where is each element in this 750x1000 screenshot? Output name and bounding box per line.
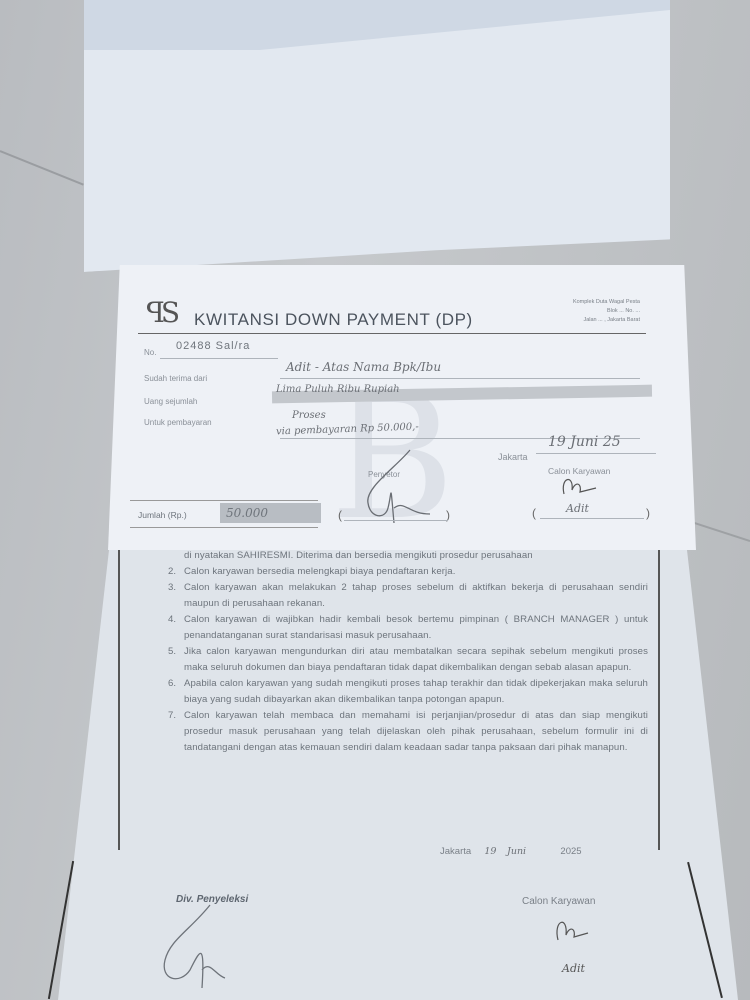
terms-list: di nyatakan SAHIRESMI. Diterima dan bers… <box>168 548 648 756</box>
terms-item-text: Calon karyawan bersedia melengkapi biaya… <box>184 564 648 580</box>
company-address: Komplek Duta Wagal Pesta Blok ... No. ..… <box>490 298 640 325</box>
terms-item-number: 3. <box>168 580 184 612</box>
field-value: Proses <box>292 410 326 421</box>
receipt-number: 02488 Sal/ra <box>176 340 250 352</box>
right-signer-label: Calon Karyawan <box>522 896 595 907</box>
terms-item: 4.Calon karyawan di wajibkan hadir kemba… <box>168 612 648 644</box>
header-rule <box>138 333 646 334</box>
field-label: Uang sejumlah <box>144 397 197 406</box>
terms-item-number <box>168 548 184 564</box>
total-label: Jumlah (Rp.) <box>138 510 187 520</box>
address-line: Jalan ... , Jakarta Barat <box>490 316 640 325</box>
address-line: Blok ... No. ... <box>490 307 640 316</box>
terms-item: 2.Calon karyawan bersedia melengkapi bia… <box>168 564 648 580</box>
envelope <box>84 0 670 272</box>
receipt-title: KWITANSI DOWN PAYMENT (DP) <box>194 310 473 330</box>
terms-date-month: Juni <box>507 846 526 857</box>
terms-date-place: Jakarta <box>440 846 471 857</box>
signature-bracket: ( <box>532 506 536 520</box>
address-line: Komplek Duta Wagal Pesta <box>490 298 640 307</box>
terms-item-text: Jika calon karyawan mengundurkan diri at… <box>184 644 648 676</box>
terms-date-day: 19 <box>484 846 496 857</box>
terms-item: 6.Apabila calon karyawan yang sudah meng… <box>168 676 648 708</box>
terms-item-text: Calon karyawan telah membaca dan memaham… <box>184 708 648 756</box>
field-value: Adit - Atas Nama Bpk/Ibu <box>286 360 441 374</box>
field-value: Lima Puluh Ribu Rupiah <box>276 384 400 395</box>
terms-item-text: Apabila calon karyawan yang sudah mengik… <box>184 676 648 708</box>
signature-icon <box>150 900 240 990</box>
signature-icon <box>548 915 598 950</box>
floor-seam <box>0 150 84 186</box>
terms-item: 3.Calon karyawan akan melakukan 2 tahap … <box>168 580 648 612</box>
terms-item-number: 4. <box>168 612 184 644</box>
number-underline <box>160 358 278 359</box>
terms-item-number: 2. <box>168 564 184 580</box>
terms-item-number: 7. <box>168 708 184 756</box>
terms-date-year: 2025 <box>560 846 581 857</box>
company-logo-icon: ꟼS <box>146 296 176 329</box>
signature-bracket: ) <box>646 506 650 520</box>
calon-karyawan-name: Adit <box>566 502 589 515</box>
field-underline <box>280 378 640 379</box>
total-amount: 50.000 <box>220 503 321 523</box>
terms-item-text: Calon karyawan di wajibkan hadir kembali… <box>184 612 648 644</box>
date-underline <box>536 453 656 454</box>
envelope-flap <box>84 0 670 50</box>
field-label: Sudah terima dari <box>144 374 207 383</box>
signature-icon <box>350 448 440 528</box>
terms-item: 5.Jika calon karyawan mengundurkan diri … <box>168 644 648 676</box>
signature-line <box>540 518 644 519</box>
right-signer-name: Adit <box>562 962 585 975</box>
field-label: Untuk pembayaran <box>144 418 212 427</box>
terms-item-number: 6. <box>168 676 184 708</box>
terms-date-line: Jakarta 19 Juni 2025 <box>440 846 582 857</box>
terms-item: 7.Calon karyawan telah membaca dan memah… <box>168 708 648 756</box>
signature-icon <box>556 472 606 502</box>
terms-item-number: 5. <box>168 644 184 676</box>
signature-line <box>344 520 448 521</box>
place-label: Jakarta <box>498 452 528 462</box>
number-label: No. <box>144 348 156 357</box>
terms-item-text: Calon karyawan akan melakukan 2 tahap pr… <box>184 580 648 612</box>
signature-bracket: ( <box>338 508 342 522</box>
receipt-date: 19 Juni 25 <box>548 434 621 450</box>
